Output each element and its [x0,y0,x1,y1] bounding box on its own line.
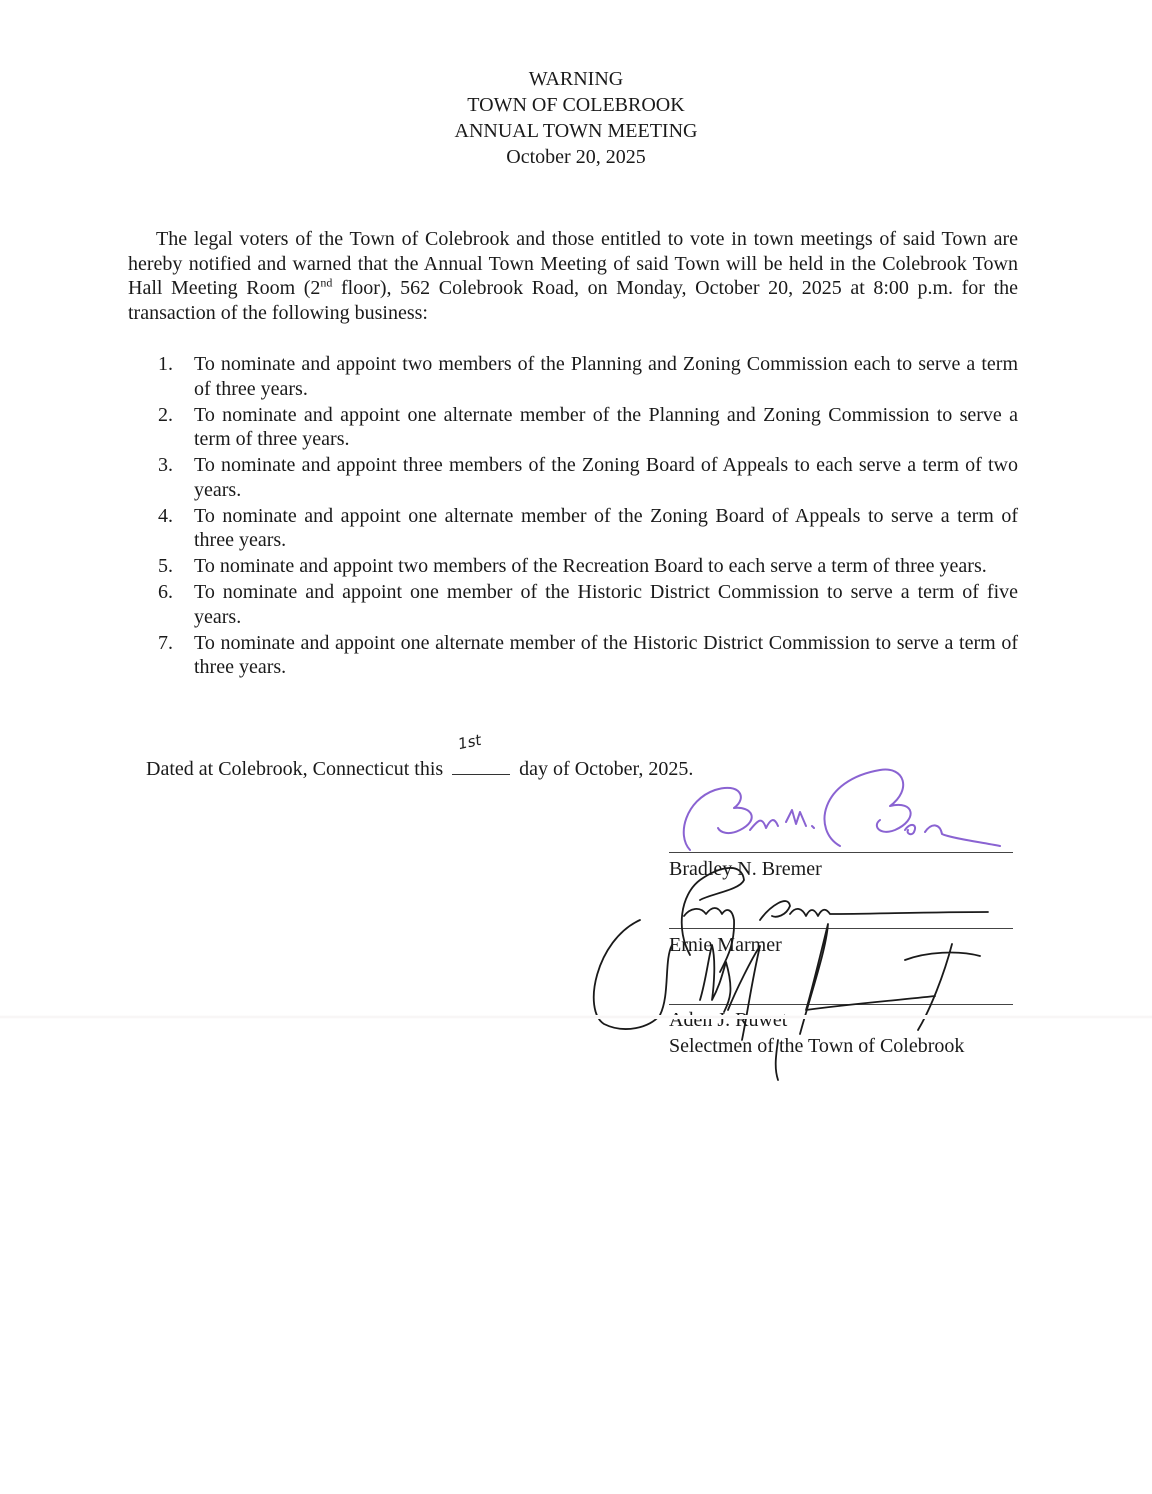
dated-suffix: day of October, 2025. [519,758,693,780]
business-items-list: 1.To nominate and appoint two members of… [158,352,1018,681]
business-item: 3.To nominate and appoint three members … [158,453,1018,502]
item-number: 5. [158,554,194,579]
handwritten-signatures [0,0,1152,1494]
item-number: 3. [158,453,194,502]
item-number: 4. [158,504,194,553]
item-text: To nominate and appoint two members of t… [194,554,1018,579]
item-text: To nominate and appoint one alternate me… [194,631,1018,680]
document-page: WARNING TOWN OF COLEBROOK ANNUAL TOWN ME… [0,0,1152,1494]
signatory-name-2: Ernie Marmer [669,933,782,957]
signature-line-3 [669,1004,1013,1005]
dated-line: Dated at Colebrook, Connecticut this 1st… [146,756,693,781]
business-item: 1.To nominate and appoint two members of… [158,352,1018,401]
item-text: To nominate and appoint one member of th… [194,580,1018,629]
signature-bremer [684,770,1000,850]
business-item: 5.To nominate and appoint two members of… [158,554,1018,579]
signatory-name-3: Aden J. Ruwet [669,1008,787,1032]
signature-line-2 [669,928,1013,929]
signature-caption: Selectmen of the Town of Colebrook [669,1034,964,1058]
day-blank: 1st [452,756,510,775]
item-text: To nominate and appoint three members of… [194,453,1018,502]
intro-paragraph: The legal voters of the Town of Colebroo… [128,227,1018,325]
handwritten-day: 1st [456,728,484,756]
business-item: 2.To nominate and appoint one alternate … [158,403,1018,452]
item-number: 1. [158,352,194,401]
header-warning: WARNING [0,66,1152,92]
signatory-name-1: Bradley N. Bremer [669,857,822,881]
item-text: To nominate and appoint one alternate me… [194,504,1018,553]
signature-line-1 [669,852,1013,853]
intro-superscript: nd [320,275,332,289]
business-item: 4.To nominate and appoint one alternate … [158,504,1018,553]
item-number: 6. [158,580,194,629]
document-header: WARNING TOWN OF COLEBROOK ANNUAL TOWN ME… [0,66,1152,170]
item-number: 7. [158,631,194,680]
scan-artifact [0,1015,1152,1019]
item-text: To nominate and appoint one alternate me… [194,403,1018,452]
item-text: To nominate and appoint two members of t… [194,352,1018,401]
business-item: 7.To nominate and appoint one alternate … [158,631,1018,680]
header-date: October 20, 2025 [0,144,1152,170]
dated-prefix: Dated at Colebrook, Connecticut this [146,758,443,780]
header-town: TOWN OF COLEBROOK [0,92,1152,118]
item-number: 2. [158,403,194,452]
header-meeting: ANNUAL TOWN MEETING [0,118,1152,144]
business-item: 6.To nominate and appoint one member of … [158,580,1018,629]
